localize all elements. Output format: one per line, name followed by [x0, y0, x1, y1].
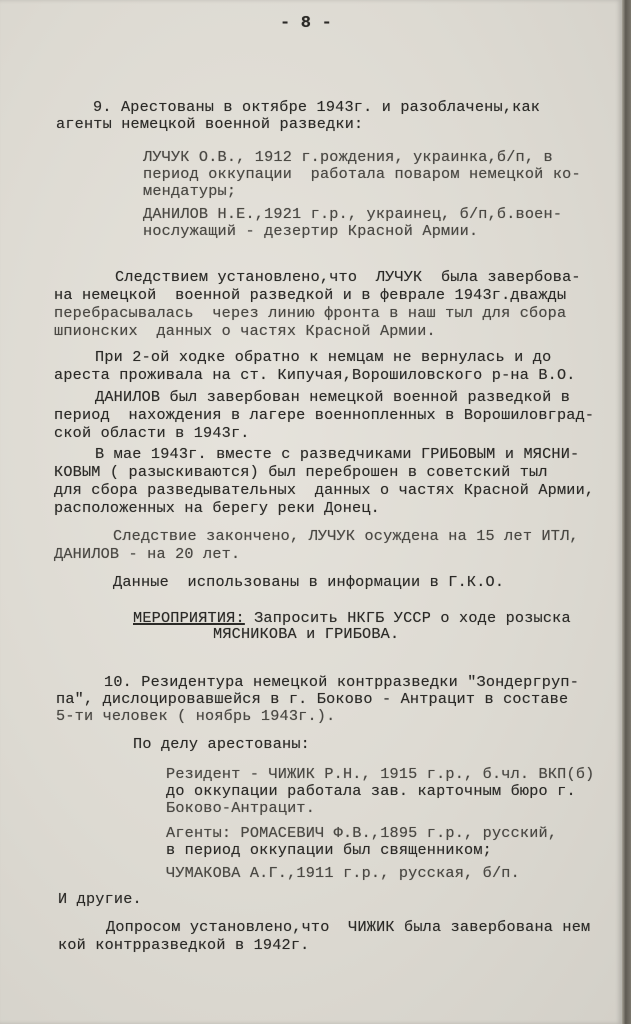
para-sentence-line-1: Следствие закончено, ЛУЧУК осуждена на 1… — [113, 529, 579, 544]
para-return-line-1: При 2-ой ходке обратно к немцам не верну… — [95, 350, 551, 365]
para-data-used: Данные использованы в информации в Г.К.О… — [113, 575, 504, 590]
person-chizhik-line-3: Боково-Антрацит. — [166, 801, 315, 816]
para-danilov-line-3: ской области в 1943г. — [54, 426, 250, 441]
para-investigation-line-4: шпионских данных о частях Красной Армии. — [54, 324, 436, 339]
person-chizhik-line-1: Резидент - ЧИЖИК Р.Н., 1915 г.р., б.чл. … — [166, 767, 594, 782]
finding-line-2: кой контрразведкой в 1942г. — [58, 938, 309, 953]
para-investigation-line-2: на немецкой военной разведкой и в феврал… — [54, 288, 566, 303]
section-10-heading-line-3: 5-ти человек ( ноябрь 1943г.). — [56, 709, 335, 724]
para-return-line-2: ареста проживала на ст. Кипучая,Ворошило… — [54, 368, 576, 383]
person-danilov-line-2: нослужащий - дезертир Красной Армии. — [143, 224, 478, 239]
para-may-line-3: для сбора разведывательных данных о част… — [54, 483, 594, 498]
person-chumakova: ЧУМАКОВА А.Г.,1911 г.р., русская, б/п. — [166, 866, 520, 881]
para-danilov-line-1: ДАНИЛОВ был завербован немецкой военной … — [95, 390, 570, 405]
finding-line-1: Допросом установлено,что ЧИЖИК была заве… — [106, 920, 590, 935]
person-romasevich-line-2: в период оккупации был священником; — [166, 843, 492, 858]
arrested-label: По делу арестованы: — [133, 737, 310, 752]
person-romasevich-line-1: Агенты: РОМАСЕВИЧ Ф.В.,1895 г.р., русски… — [166, 826, 557, 841]
measures-line-2: МЯСНИКОВА и ГРИБОВА. — [213, 627, 399, 642]
para-danilov-line-2: период нахождения в лагере военнопленных… — [54, 408, 594, 423]
page-edge-shadow — [622, 0, 631, 1024]
para-sentence-line-2: ДАНИЛОВ - на 20 лет. — [54, 547, 240, 562]
section-9-heading-line-2: агенты немецкой военной разведки: — [56, 117, 363, 132]
para-investigation-line-3: перебрасывалась через линию фронта в наш… — [54, 306, 566, 321]
person-luchuk-line-1: ЛУЧУК О.В., 1912 г.рождения, украинка,б/… — [143, 150, 553, 165]
person-luchuk-line-3: мендатуры; — [143, 184, 236, 199]
para-may-line-4: расположенных на берегу реки Донец. — [54, 501, 380, 516]
page-number: - 8 - — [280, 16, 332, 31]
person-luchuk-line-2: период оккупации работала поваром немецк… — [143, 167, 581, 182]
para-may-line-1: В мае 1943г. вместе с разведчиками ГРИБО… — [95, 447, 579, 462]
section-9-heading-line-1: 9. Арестованы в октябре 1943г. и разобла… — [93, 100, 540, 115]
person-danilov-line-1: ДАНИЛОВ Н.Е.,1921 г.р., украинец, б/п,б.… — [143, 207, 562, 222]
para-may-line-2: КОВЫМ ( разыскиваются) был переброшен в … — [54, 465, 548, 480]
section-10-heading-line-1: 10. Резидентура немецкой контрразведки "… — [104, 675, 579, 690]
section-10-heading-line-2: па", дислоцировавшейся в г. Боково - Ант… — [56, 692, 568, 707]
para-investigation-line-1: Следствием установлено,что ЛУЧУК была за… — [115, 270, 581, 285]
document-page: - 8 - 9. Арестованы в октябре 1943г. и р… — [0, 0, 622, 1024]
person-chizhik-line-2: до оккупации работала зав. карточным бюр… — [166, 784, 576, 799]
measures-line-1: МЕРОПРИЯТИЯ: Запросить НКГБ УССР о ходе … — [133, 611, 571, 626]
others-note: И другие. — [58, 892, 142, 907]
